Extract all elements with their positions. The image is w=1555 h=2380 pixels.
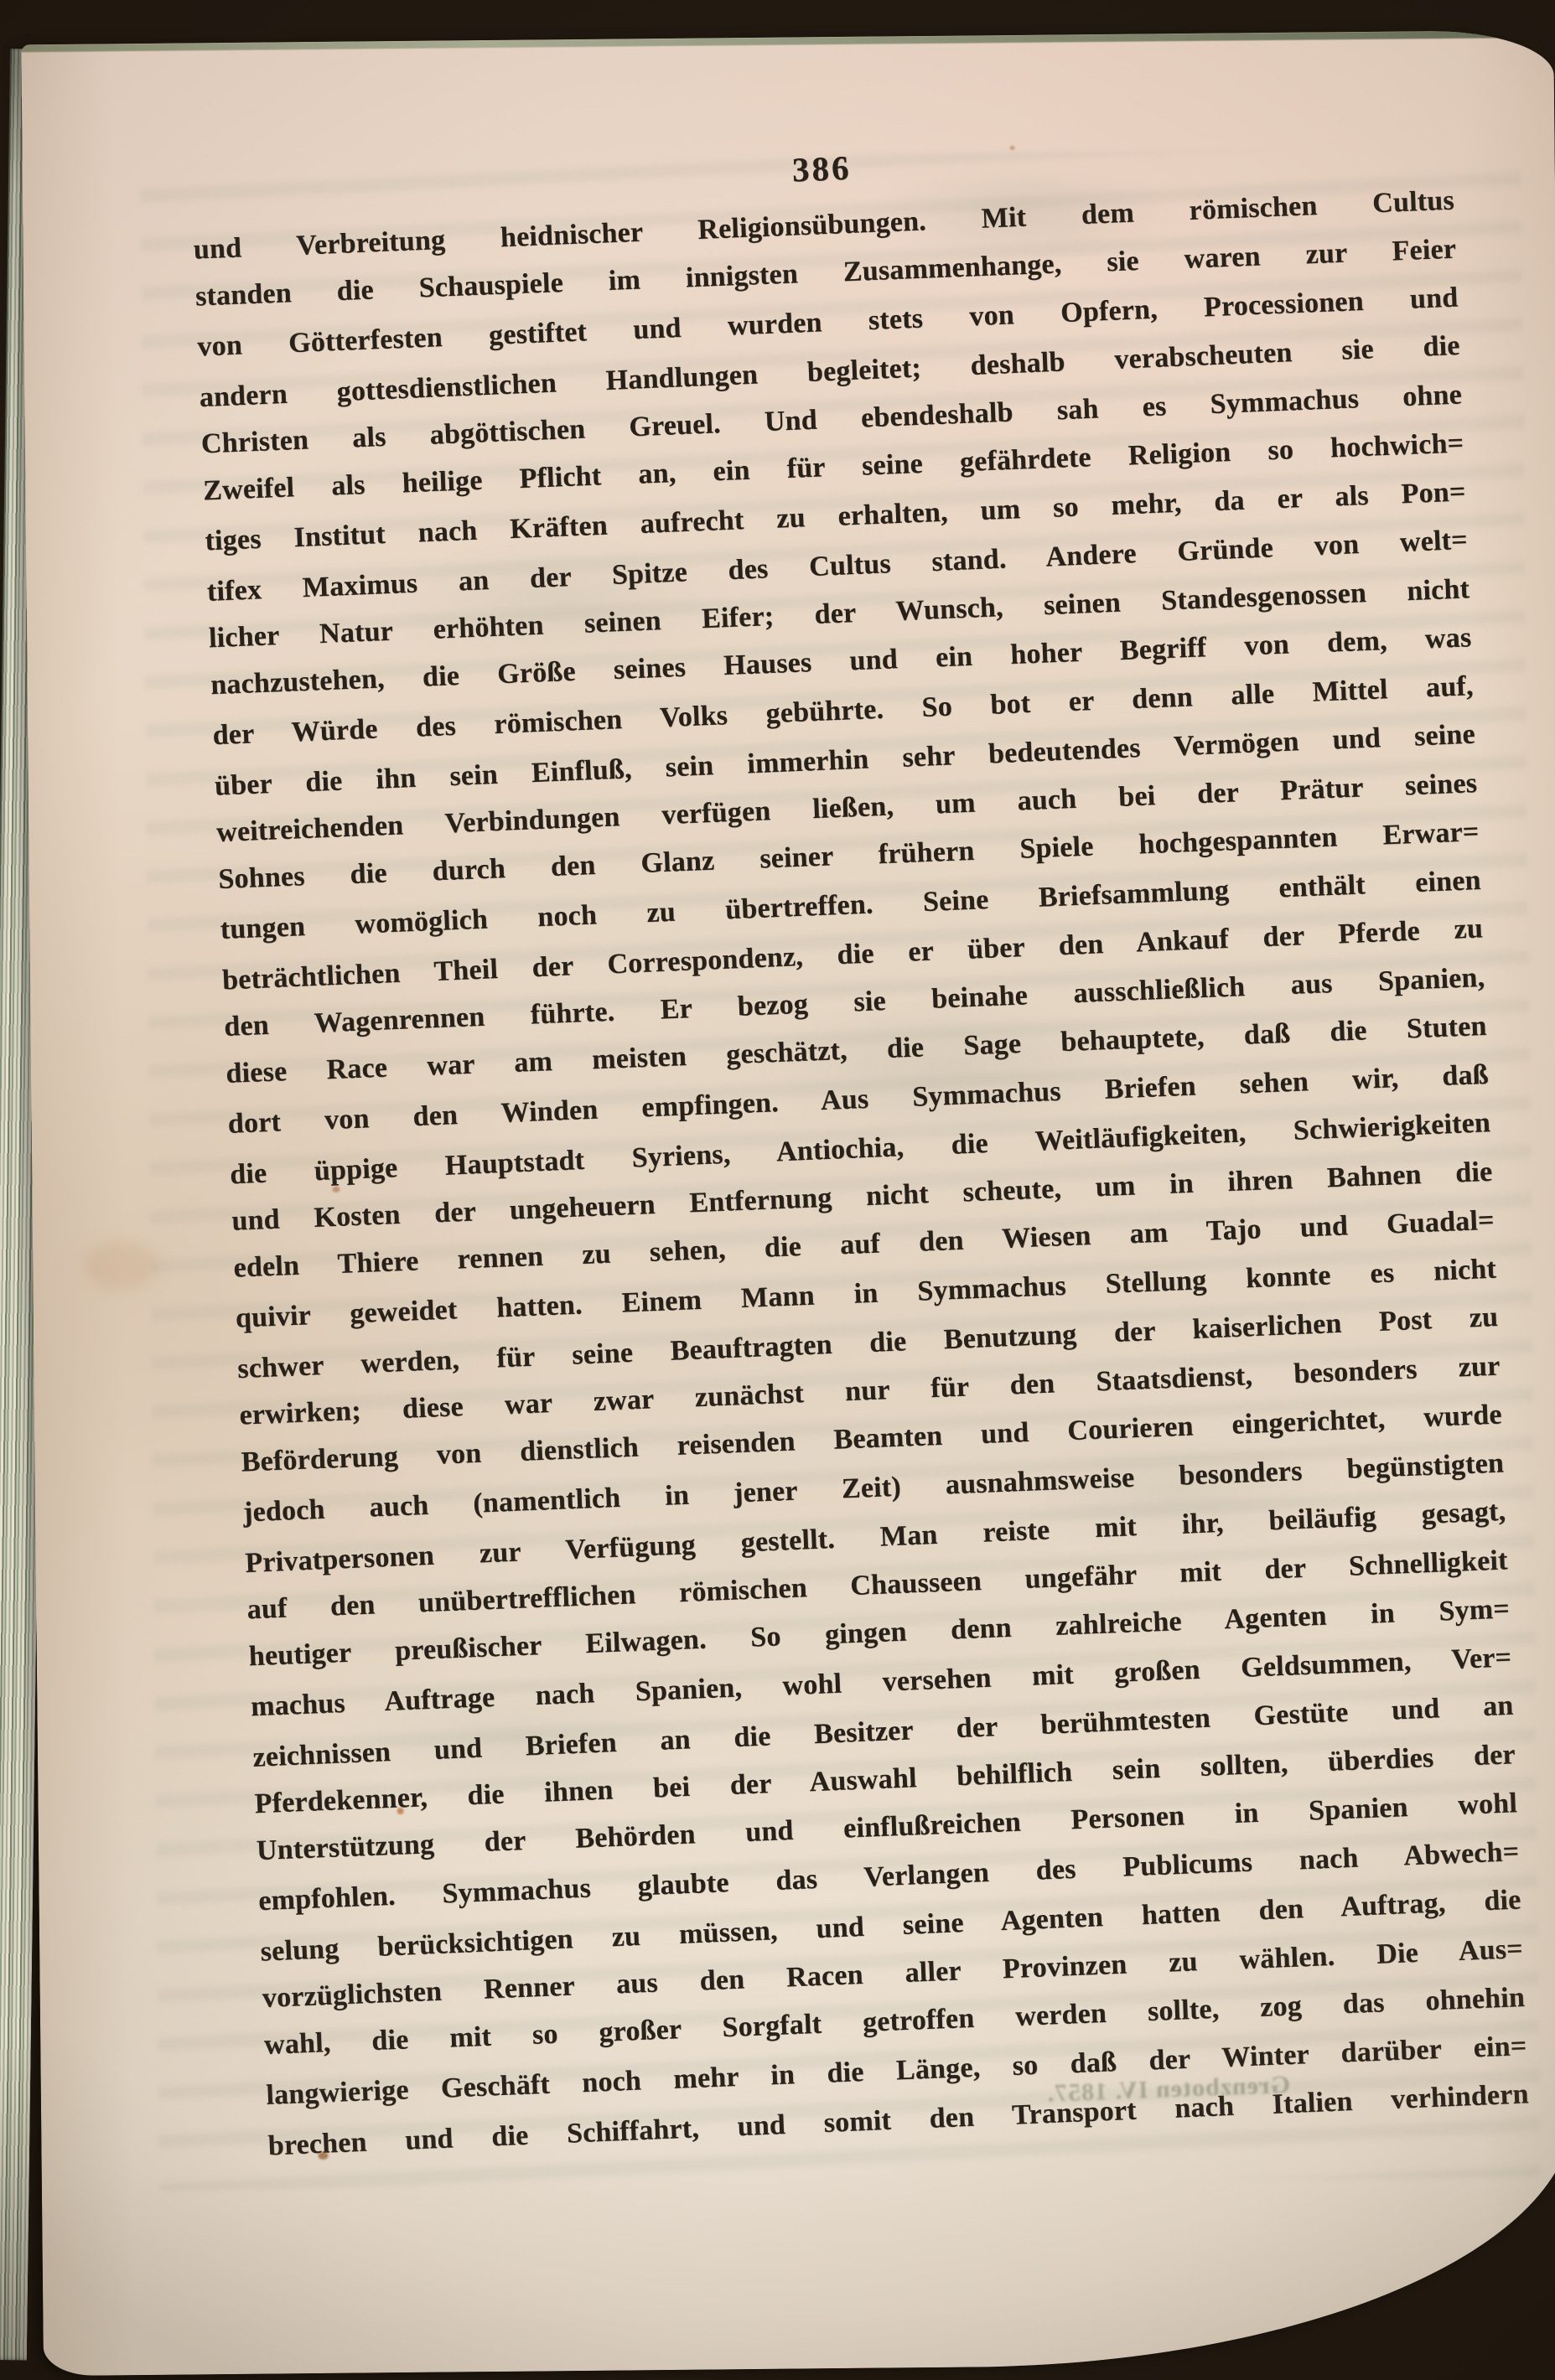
margin-stain	[83, 1240, 159, 1291]
printed-content: 386 und Verbreitung heidnischer Religion…	[190, 120, 1530, 2169]
foxing-spot	[332, 1187, 340, 1193]
page-top-edge-tint	[21, 30, 1553, 53]
foxing-spot	[318, 2152, 328, 2160]
foxing-spot	[1010, 146, 1015, 150]
book-page: Grenzboten IV. 1857. 386 und Verbreitung…	[21, 30, 1555, 2376]
book-photo: Grenzboten IV. 1857. 386 und Verbreitung…	[0, 0, 1555, 2380]
foxing-spot	[397, 1808, 404, 1814]
body-text: und Verbreitung heidnischer Religionsübu…	[193, 177, 1530, 2169]
